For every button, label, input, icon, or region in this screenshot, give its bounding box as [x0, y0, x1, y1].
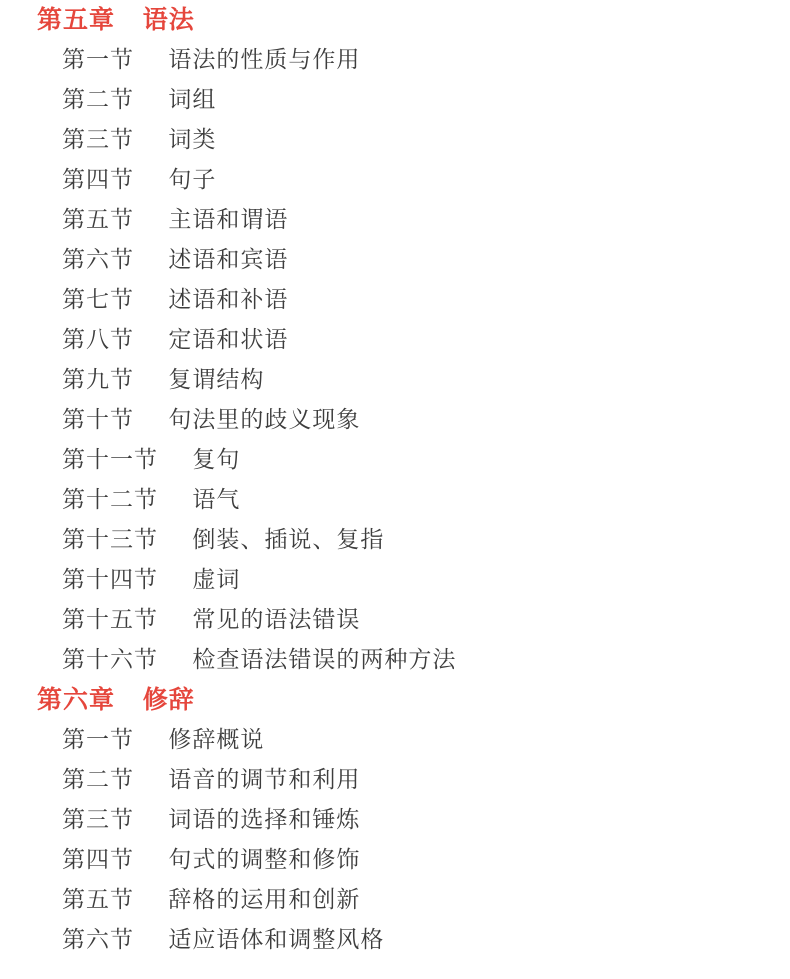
toc-section-number: 第五节	[62, 880, 134, 920]
toc-section-number: 第一节	[62, 720, 134, 760]
toc-section-number: 第四节	[62, 840, 134, 880]
toc-chapter-number: 第五章	[37, 0, 115, 40]
toc-section-number: 第十五节	[62, 600, 158, 640]
toc-section-item[interactable]: 第十五节 常见的语法错误	[0, 600, 790, 640]
toc-section-number: 第一节	[62, 40, 134, 80]
toc-section-number: 第十三节	[62, 520, 158, 560]
toc-section-title: 句法里的歧义现象	[168, 407, 360, 433]
toc-section-title: 词语的选择和锤炼	[168, 807, 360, 833]
toc-section-item[interactable]: 第十一节 复句	[0, 440, 790, 480]
toc-section-number: 第九节	[62, 360, 134, 400]
toc-section-title: 定语和状语	[168, 327, 288, 353]
toc-section-title: 语法的性质与作用	[168, 47, 360, 73]
toc-section-title: 语音的调节和利用	[168, 767, 360, 793]
toc-section-title: 述语和宾语	[168, 247, 288, 273]
toc-section-number: 第四节	[62, 160, 134, 200]
toc-section-item[interactable]: 第四节 句式的调整和修饰	[0, 840, 790, 880]
toc-section-number: 第六节	[62, 920, 134, 960]
toc-section-item[interactable]: 第六节 述语和宾语	[0, 240, 790, 280]
toc-section-item[interactable]: 第二节 语音的调节和利用	[0, 760, 790, 800]
toc-section-number: 第六节	[62, 240, 134, 280]
toc-section-item[interactable]: 第十六节 检查语法错误的两种方法	[0, 640, 790, 680]
toc-section-item[interactable]: 第十二节 语气	[0, 480, 790, 520]
toc-section-number: 第八节	[62, 320, 134, 360]
toc-section-item[interactable]: 第十四节 虚词	[0, 560, 790, 600]
toc-section-number: 第三节	[62, 120, 134, 160]
toc-section-number: 第五节	[62, 200, 134, 240]
toc-section-title: 常见的语法错误	[192, 607, 360, 633]
toc-section-title: 述语和补语	[168, 287, 288, 313]
table-of-contents: 第五章 语法 第一节 语法的性质与作用 第二节 词组 第三节 词类 第四节 句子…	[0, 0, 790, 960]
toc-section-item[interactable]: 第八节 定语和状语	[0, 320, 790, 360]
toc-section-item[interactable]: 第一节 修辞概说	[0, 720, 790, 760]
toc-section-title: 虚词	[192, 567, 240, 593]
toc-section-title: 辞格的运用和创新	[168, 887, 360, 913]
toc-section-item[interactable]: 第十三节 倒装、插说、复指	[0, 520, 790, 560]
toc-chapter-title: 语法	[143, 5, 195, 34]
toc-section-item[interactable]: 第五节 辞格的运用和创新	[0, 880, 790, 920]
toc-section-title: 句式的调整和修饰	[168, 847, 360, 873]
toc-section-number: 第二节	[62, 80, 134, 120]
toc-section-item[interactable]: 第三节 词类	[0, 120, 790, 160]
toc-section-item[interactable]: 第一节 语法的性质与作用	[0, 40, 790, 80]
toc-section-item[interactable]: 第九节 复谓结构	[0, 360, 790, 400]
toc-section-title: 倒装、插说、复指	[192, 527, 384, 553]
toc-section-title: 修辞概说	[168, 727, 264, 753]
toc-section-number: 第七节	[62, 280, 134, 320]
toc-section-title: 词类	[168, 127, 216, 153]
toc-section-title: 检查语法错误的两种方法	[192, 647, 456, 673]
toc-section-item[interactable]: 第二节 词组	[0, 80, 790, 120]
toc-chapter-item[interactable]: 第五章 语法	[0, 0, 790, 40]
toc-section-title: 适应语体和调整风格	[168, 927, 384, 953]
toc-section-number: 第十一节	[62, 440, 158, 480]
toc-section-title: 复句	[192, 447, 240, 473]
toc-section-number: 第十四节	[62, 560, 158, 600]
toc-section-title: 句子	[168, 167, 216, 193]
toc-section-item[interactable]: 第十节 句法里的歧义现象	[0, 400, 790, 440]
toc-section-number: 第十节	[62, 400, 134, 440]
toc-section-item[interactable]: 第四节 句子	[0, 160, 790, 200]
toc-section-title: 主语和谓语	[168, 207, 288, 233]
toc-chapter-number: 第六章	[37, 680, 115, 720]
toc-chapter-item[interactable]: 第六章 修辞	[0, 680, 790, 720]
toc-chapter-title: 修辞	[143, 685, 195, 714]
toc-section-item[interactable]: 第三节 词语的选择和锤炼	[0, 800, 790, 840]
toc-section-title: 复谓结构	[168, 367, 264, 393]
toc-section-item[interactable]: 第六节 适应语体和调整风格	[0, 920, 790, 960]
toc-section-item[interactable]: 第五节 主语和谓语	[0, 200, 790, 240]
toc-section-number: 第三节	[62, 800, 134, 840]
toc-section-item[interactable]: 第七节 述语和补语	[0, 280, 790, 320]
toc-section-number: 第十六节	[62, 640, 158, 680]
toc-section-title: 词组	[168, 87, 216, 113]
toc-section-title: 语气	[192, 487, 240, 513]
toc-section-number: 第十二节	[62, 480, 158, 520]
toc-section-number: 第二节	[62, 760, 134, 800]
